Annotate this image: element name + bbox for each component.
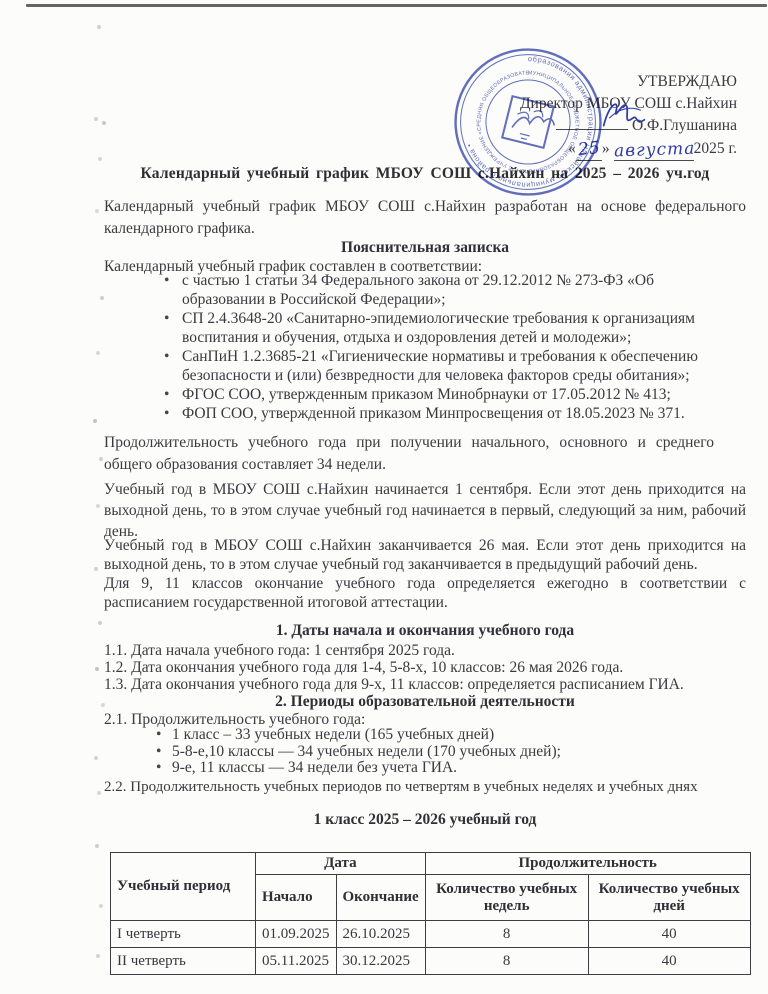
column-header-end: Окончание xyxy=(336,875,425,921)
cell-period: I четверть xyxy=(111,921,256,948)
table-academic-periods: Учебный период Дата Продолжительность На… xyxy=(110,852,751,975)
document-title: Календарный учебный график МБОУ СОШ с.На… xyxy=(104,165,746,183)
section-1-items: 1.1. Дата начала учебного года: 1 сентяб… xyxy=(104,642,746,694)
scan-edge-line xyxy=(26,4,767,7)
cell-days: 40 xyxy=(588,948,750,975)
scanned-document-page: УТВЕРЖДАЮ Директор МБОУ СОШ с.Найхин О.Ф… xyxy=(0,0,768,994)
duration-paragraph: Продолжительность учебного года при полу… xyxy=(104,432,714,476)
list-item: 1.2. Дата окончания учебного года для 1-… xyxy=(104,659,746,676)
list-item: 1.1. Дата начала учебного года: 1 сентяб… xyxy=(104,642,746,659)
column-header-period: Учебный период xyxy=(111,853,256,921)
list-item: ФГОС СОО, утвержденным приказом Минобрна… xyxy=(182,385,712,404)
explanatory-note-heading: Пояснительная записка xyxy=(104,239,746,257)
item-2-2: 2.2. Продолжительность учебных периодов … xyxy=(104,779,724,795)
section-1-heading: 1. Даты начала и окончания учебного года xyxy=(104,622,746,640)
cell-weeks: 8 xyxy=(425,921,588,948)
school-round-stamp-icon: образования администрации Нанайского мун… xyxy=(452,46,604,198)
list-item: 9-е, 11 классы — 34 недели без учета ГИА… xyxy=(172,760,768,777)
list-item: 1.3. Дата окончания учебного года для 9-… xyxy=(104,676,746,693)
approval-year: 2025 г. xyxy=(694,140,737,157)
list-item: с частью 1 статьи 34 Федерального закона… xyxy=(182,271,712,309)
intro-paragraph: Календарный учебный график МБОУ СОШ с.На… xyxy=(104,196,746,239)
year-start-paragraph: Учебный год в МБОУ СОШ с.Найхин начинает… xyxy=(104,479,746,542)
column-header-weeks: Количество учебных недель xyxy=(425,875,588,921)
cell-start: 01.09.2025 xyxy=(256,921,337,948)
list-item: ФОП СОО, утвержденной приказом Минпросве… xyxy=(182,404,712,423)
list-item: СП 2.4.3648-20 «Санитарно-эпидемиологиче… xyxy=(182,309,712,347)
legal-references-list: с частью 1 статьи 34 Федерального закона… xyxy=(104,271,768,423)
table-row: II четверть 05.11.2025 30.12.2025 8 40 xyxy=(111,948,751,975)
table-row: I четверть 01.09.2025 26.10.2025 8 40 xyxy=(111,921,751,948)
stamp-emblem-icon xyxy=(502,96,559,149)
table-title: 1 класс 2025 – 2026 учебный год xyxy=(104,811,746,829)
handwritten-month: августа xyxy=(613,138,695,163)
column-header-date: Дата xyxy=(256,853,426,875)
cell-period: II четверть xyxy=(111,948,256,975)
section-2-heading: 2. Периоды образовательной деятельности xyxy=(104,693,746,711)
cell-start: 05.11.2025 xyxy=(256,948,337,975)
year-end-paragraph: Учебный год в МБОУ СОШ с.Найхин заканчив… xyxy=(104,536,746,574)
year-end-paragraphs: Учебный год в МБОУ СОШ с.Найхин заканчив… xyxy=(104,536,746,612)
cell-weeks: 8 xyxy=(425,948,588,975)
column-header-duration: Продолжительность xyxy=(425,853,750,875)
cell-days: 40 xyxy=(588,921,750,948)
year-length-list: 1 класс – 33 учебных недели (165 учебных… xyxy=(104,727,768,777)
list-item: 1 класс – 33 учебных недели (165 учебных… xyxy=(172,727,768,744)
cell-end: 30.12.2025 xyxy=(336,948,425,975)
list-item: 5-8-е,10 классы — 34 учебных недели (170… xyxy=(172,744,768,761)
scan-noise-specks xyxy=(0,0,2,2)
cell-end: 26.10.2025 xyxy=(336,921,425,948)
list-item: СанПиН 1.2.3685-21 «Гигиенические нормат… xyxy=(182,347,712,385)
column-header-days: Количество учебных дней xyxy=(588,875,750,921)
column-header-start: Начало xyxy=(256,875,337,921)
director-signature-icon xyxy=(596,94,654,134)
gia-paragraph: Для 9, 11 классов окончание учебного год… xyxy=(104,574,746,612)
